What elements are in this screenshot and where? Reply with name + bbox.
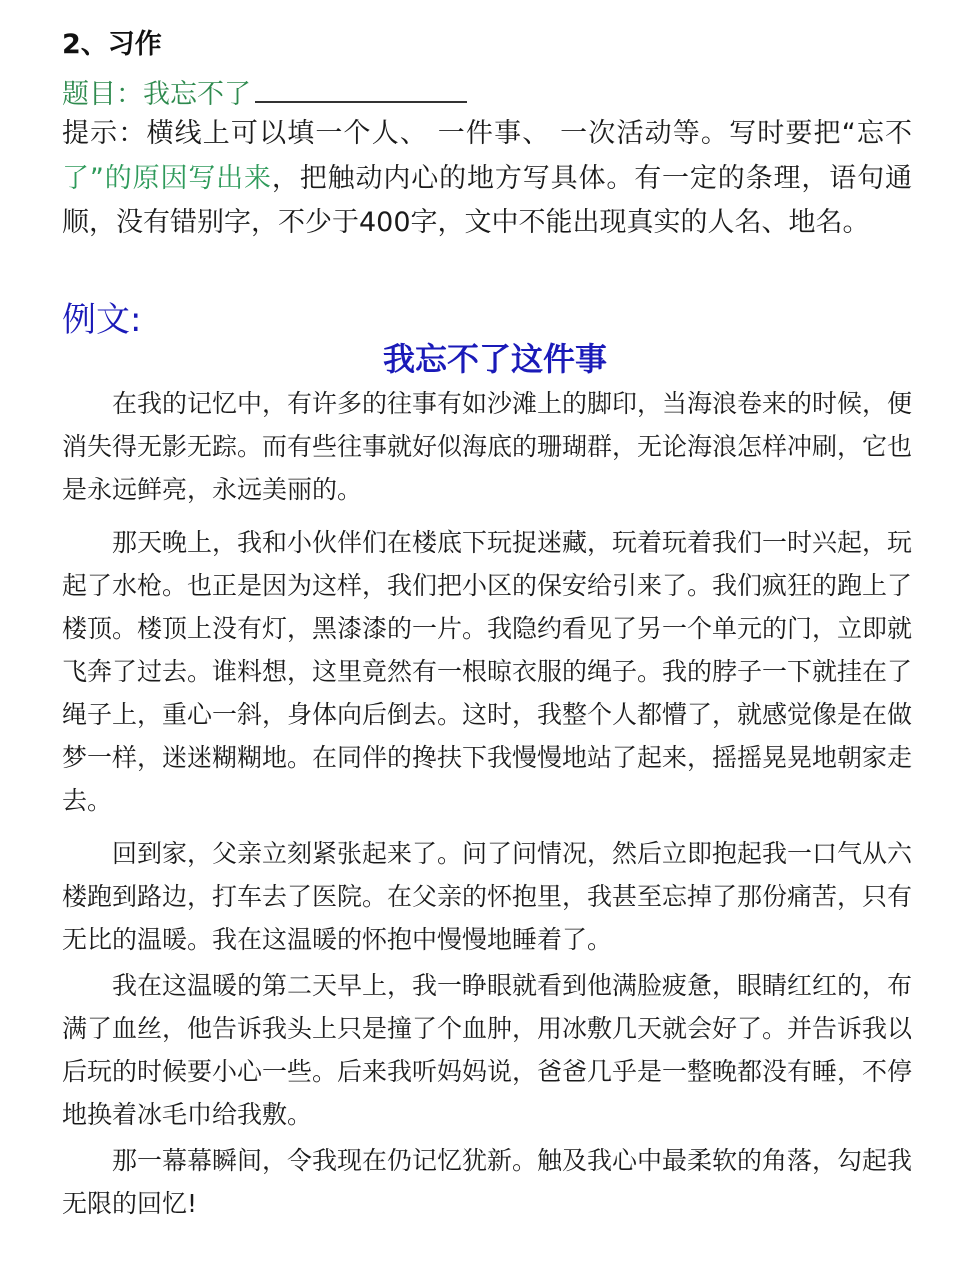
hint-highlight: 了”的原因写出来 [62, 163, 272, 194]
topic-text: 我忘不了 [143, 79, 251, 110]
hint-text-part1: 提示：横线上可以填一个人、 一件事、 一次活动等。写时要把“忘不 [62, 118, 912, 149]
essay-body: 在我的记忆中，有许多的往事有如沙滩上的脚印，当海浪卷来的时候，便消失得无影无踪。… [62, 382, 912, 1225]
essay-paragraph: 那一幕幕瞬间，令我现在仍记忆犹新。触及我心中最柔软的角落，勾起我无限的回忆! [62, 1139, 912, 1225]
topic-blank-line [255, 75, 467, 103]
topic-label: 题目： [62, 79, 143, 110]
topic-line: 题目：我忘不了 [62, 72, 467, 111]
essay-paragraph: 在我的记忆中，有许多的往事有如沙滩上的脚印，当海浪卷来的时候，便消失得无影无踪。… [62, 382, 912, 511]
essay-paragraph: 我在这温暖的第二天早上，我一睁眼就看到他满脸疲惫，眼睛红红的，布满了血丝，他告诉… [62, 964, 912, 1136]
essay-paragraph: 回到家，父亲立刻紧张起来了。问了问情况，然后立即抱起我一口气从六楼跑到路边，打车… [62, 832, 912, 961]
essay-title: 我忘不了这件事 [0, 334, 975, 380]
essay-paragraph: 那天晚上，我和小伙伴们在楼底下玩捉迷藏，玩着玩着我们一时兴起，玩起了水枪。也正是… [62, 521, 912, 822]
hint-paragraph: 提示：横线上可以填一个人、 一件事、 一次活动等。写时要把“忘不了”的原因写出来… [62, 112, 912, 246]
section-heading: 2、习作 [62, 22, 162, 61]
